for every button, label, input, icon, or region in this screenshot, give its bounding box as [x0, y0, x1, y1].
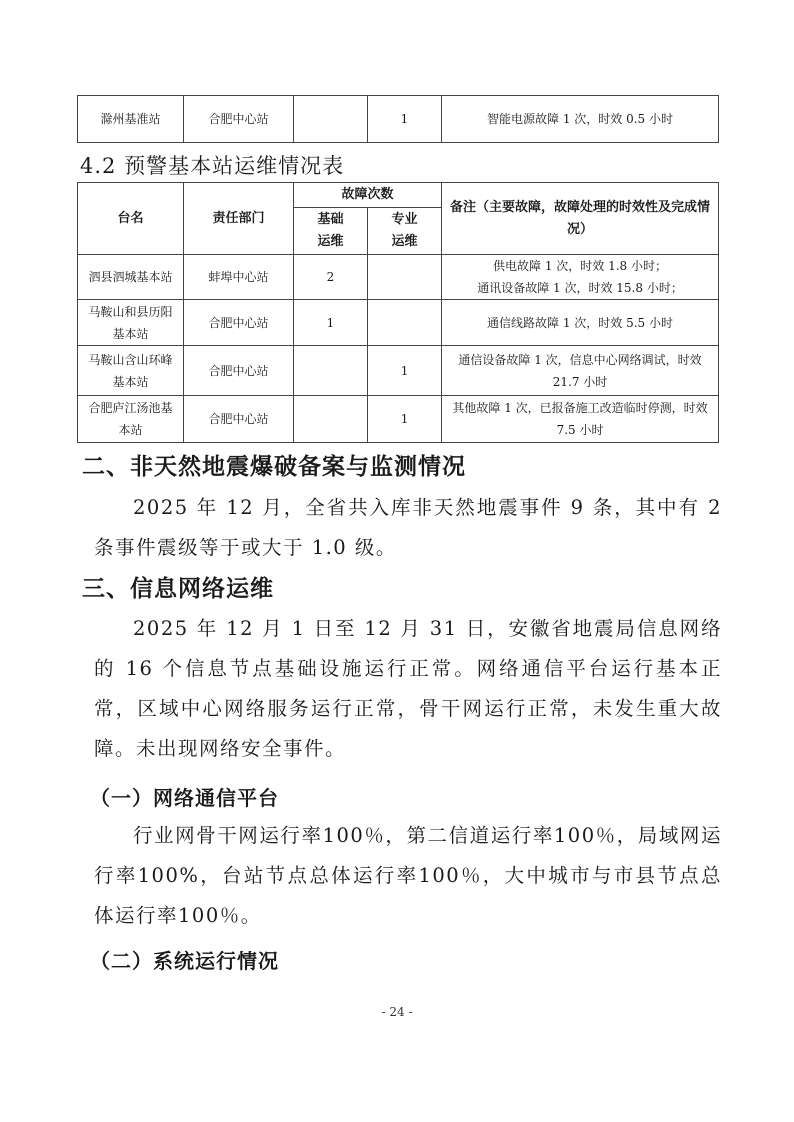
pro-count	[368, 300, 442, 346]
warning-station-table: 台名 责任部门 故障次数 备注（主要故障，故障处理的时效性及完成情况） 基础运维…	[77, 182, 719, 443]
dept: 合肥中心站	[184, 346, 294, 396]
page-number: - 24 -	[0, 1005, 794, 1019]
pro-count: 1	[368, 96, 442, 143]
header-basic: 基础运维	[294, 208, 368, 255]
header-dept: 责任部门	[184, 183, 294, 255]
note: 智能电源故障 1 次，时效 0.5 小时	[442, 96, 719, 143]
table-row: 马鞍山含山环峰基本站 合肥中心站 1 通信设备故障 1 次，信息中心网络调试，时…	[78, 346, 719, 396]
basic-count	[294, 396, 368, 443]
pro-count: 1	[368, 346, 442, 396]
station-name: 泗县泗城基本站	[78, 255, 184, 300]
pro-count	[368, 255, 442, 300]
station-name: 滁州基准站	[78, 96, 184, 143]
note: 供电故障 1 次，时效 1.8 小时； 通讯设备故障 1 次，时效 15.8 小…	[442, 255, 719, 300]
dept: 合肥中心站	[184, 300, 294, 346]
section-heading-3: 三、信息网络运维	[82, 570, 274, 603]
subsection-heading-2: （二）系统运行情况	[90, 945, 279, 974]
station-name: 马鞍山和县历阳基本站	[78, 300, 184, 346]
prev-table: 滁州基准站 合肥中心站 1 智能电源故障 1 次，时效 0.5 小时	[77, 95, 719, 143]
station-name: 马鞍山含山环峰基本站	[78, 346, 184, 396]
pro-count: 1	[368, 396, 442, 443]
basic-count	[294, 346, 368, 396]
table-row: 马鞍山和县历阳基本站 合肥中心站 1 通信线路故障 1 次，时效 5.5 小时	[78, 300, 719, 346]
station-name: 合肥庐江汤池基本站	[78, 396, 184, 443]
header-note: 备注（主要故障，故障处理的时效性及完成情况）	[442, 183, 719, 255]
basic-count	[294, 96, 368, 143]
dept: 蚌埠中心站	[184, 255, 294, 300]
basic-count: 2	[294, 255, 368, 300]
header-fault-count: 故障次数	[294, 183, 442, 208]
table-row: 合肥庐江汤池基本站 合肥中心站 1 其他故障 1 次，已报备施工改造临时停测，时…	[78, 396, 719, 443]
table-row: 泗县泗城基本站 蚌埠中心站 2 供电故障 1 次，时效 1.8 小时； 通讯设备…	[78, 255, 719, 300]
basic-count: 1	[294, 300, 368, 346]
note: 通信设备故障 1 次，信息中心网络调试，时效 21.7 小时	[442, 346, 719, 396]
dept: 合肥中心站	[184, 396, 294, 443]
subsection-heading-1: （一）网络通信平台	[90, 782, 279, 811]
table-row: 滁州基准站 合肥中心站 1 智能电源故障 1 次，时效 0.5 小时	[78, 96, 719, 143]
section-heading-2: 二、非天然地震爆破备案与监测情况	[82, 448, 466, 481]
section-3-paragraph: 2025 年 12 月 1 日至 12 月 31 日，安徽省地震局信息网络的 1…	[94, 609, 722, 769]
section-2-paragraph: 2025 年 12 月，全省共入库非天然地震事件 9 条，其中有 2 条事件震级…	[94, 488, 722, 568]
note: 通信线路故障 1 次，时效 5.5 小时	[442, 300, 719, 346]
subsection-1-paragraph: 行业网骨干网运行率100％，第二信道运行率100％，局域网运行率100%，台站节…	[94, 816, 722, 936]
header-name: 台名	[78, 183, 184, 255]
header-row: 台名 责任部门 故障次数 备注（主要故障，故障处理的时效性及完成情况）	[78, 183, 719, 208]
note: 其他故障 1 次，已报备施工改造临时停测，时效 7.5 小时	[442, 396, 719, 443]
dept: 合肥中心站	[184, 96, 294, 143]
header-pro: 专业运维	[368, 208, 442, 255]
table-title: 4.2 预警基本站运维情况表	[80, 150, 344, 180]
